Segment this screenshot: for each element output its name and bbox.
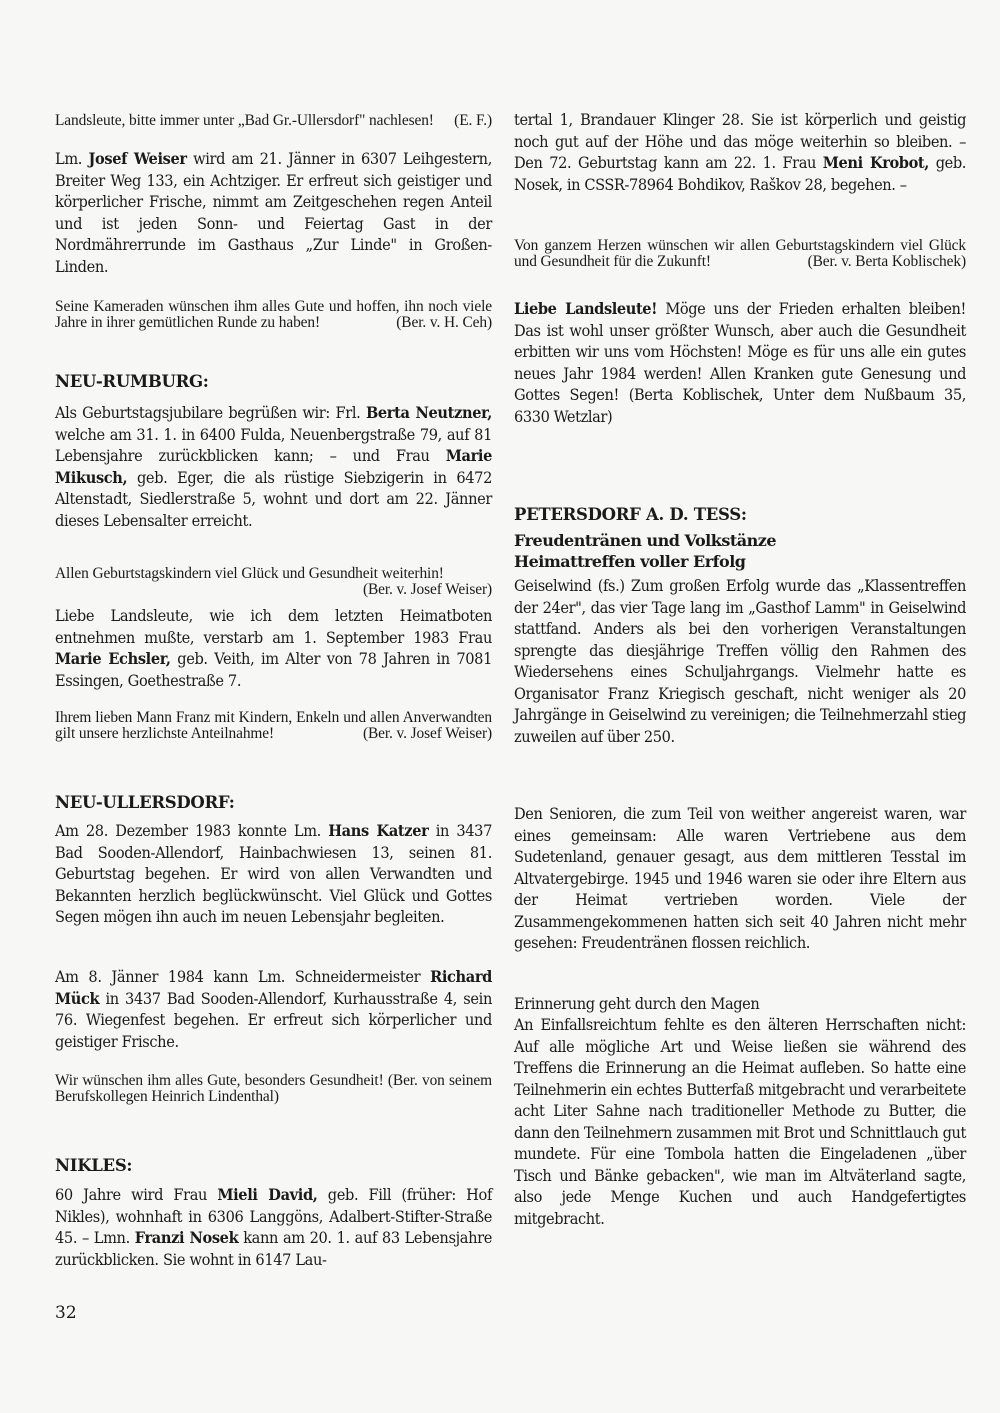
bold-name: Berta Neutzner,	[366, 403, 492, 422]
petersdorf-paragraph-3: An Einfallsreichtum fehlte es den ältere…	[514, 1014, 966, 1229]
petersdorf-paragraph-1: Geiselwind (fs.) Zum großen Erfolg wurde…	[514, 575, 966, 747]
text-run: Als Geburtstagsjubilare begrüßen wir: Fr…	[55, 403, 366, 422]
bold-name: Josef Weiser	[88, 149, 186, 168]
text-run: in 3437 Bad Sooden-Allendorf, Kurhausstr…	[55, 989, 492, 1051]
page-number: 32	[55, 1303, 77, 1323]
bold-name: Franzi Nosek	[135, 1228, 239, 1247]
heading-petersdorf: PETERSDORF A. D. TESS:	[514, 505, 966, 525]
text-run: 60 Jahre wird Frau	[55, 1185, 217, 1204]
bold-name: Marie Echsler,	[55, 649, 171, 668]
text-run: welche am 31. 1. in 6400 Fulda, Neuenber…	[55, 425, 492, 466]
article-subheading: Freudentränen und Volkstänze Heimattreff…	[514, 531, 966, 572]
text-run: Am 28. Dezember 1983 konnte Lm.	[55, 821, 328, 840]
neu-ullersdorf-paragraph-2: Am 8. Jänner 1984 kann Lm. Schneidermeis…	[55, 966, 492, 1052]
article-subheading-line-1: Freudentränen und Volkstänze	[514, 531, 966, 552]
heading-neu-ullersdorf: NEU-ULLERSDORF:	[55, 793, 492, 813]
bold-name: Meni Krobot,	[823, 153, 929, 172]
text-run: Liebe Landsleute, wie ich dem letzten He…	[55, 606, 492, 647]
text-run: Lm.	[55, 149, 88, 168]
neu-rumburg-note-1-credit: (Ber. v. Josef Weiser)	[363, 582, 492, 598]
article-subheading-line-2: Heimattreffen voller Erfolg	[514, 552, 966, 573]
neu-rumburg-note-1-text: Allen Geburtstagskindern viel Glück und …	[55, 565, 444, 582]
heading-nikles: NIKLES:	[55, 1156, 492, 1176]
neu-rumburg-paragraph-2: Liebe Landsleute, wie ich dem letzten He…	[55, 605, 492, 691]
intro-note-text: Landsleute, bitte immer unter „Bad Gr.-U…	[55, 112, 434, 129]
bold-name: Liebe Landsleute!	[514, 299, 657, 318]
neu-ullersdorf-paragraph-1: Am 28. Dezember 1983 konnte Lm. Hans Kat…	[55, 820, 492, 928]
neu-rumburg-note-2-credit: (Ber. v. Josef Weiser)	[363, 726, 492, 742]
newspaper-page: Landsleute, bitte immer unter „Bad Gr.-U…	[0, 0, 1000, 1413]
intro-note: Landsleute, bitte immer unter „Bad Gr.-U…	[55, 113, 492, 129]
nikles-paragraph-1: 60 Jahre wird Frau Mieli David, geb. Fil…	[55, 1184, 492, 1270]
weiser-note: Seine Kameraden wünschen ihm alles Gute …	[55, 299, 492, 331]
nikles-note-credit: (Ber. v. Berta Koblischek)	[808, 254, 966, 270]
greeting-paragraph: Liebe Landsleute! Möge uns der Frieden e…	[514, 298, 966, 427]
bold-name: Hans Katzer	[328, 821, 428, 840]
weiser-paragraph: Lm. Josef Weiser wird am 21. Jänner in 6…	[55, 148, 492, 277]
neu-rumburg-note-1: Allen Geburtstagskindern viel Glück und …	[55, 566, 492, 598]
neu-ullersdorf-note: Wir wünschen ihm alles Gute, besonders G…	[55, 1073, 492, 1105]
petersdorf-section-title: Erinnerung geht durch den Magen	[514, 993, 966, 1015]
intro-note-credit: (E. F.)	[454, 113, 492, 129]
heading-neu-rumburg: NEU-RUMBURG:	[55, 372, 492, 392]
nikles-note: Von ganzem Herzen wünschen wir allen Geb…	[514, 238, 966, 270]
petersdorf-paragraph-2: Den Senioren, die zum Teil von weither a…	[514, 803, 966, 954]
neu-rumburg-note-2: Ihrem lieben Mann Franz mit Kindern, Enk…	[55, 710, 492, 742]
bold-name: Mieli David,	[217, 1185, 317, 1204]
neu-rumburg-paragraph-1: Als Geburtstagsjubilare begrüßen wir: Fr…	[55, 402, 492, 531]
text-run: Am 8. Jänner 1984 kann Lm. Schneidermeis…	[55, 967, 430, 986]
weiser-note-credit: (Ber. v. H. Ceh)	[396, 315, 492, 331]
nikles-continued-paragraph: tertal 1, Brandauer Klinger 28. Sie ist …	[514, 109, 966, 195]
